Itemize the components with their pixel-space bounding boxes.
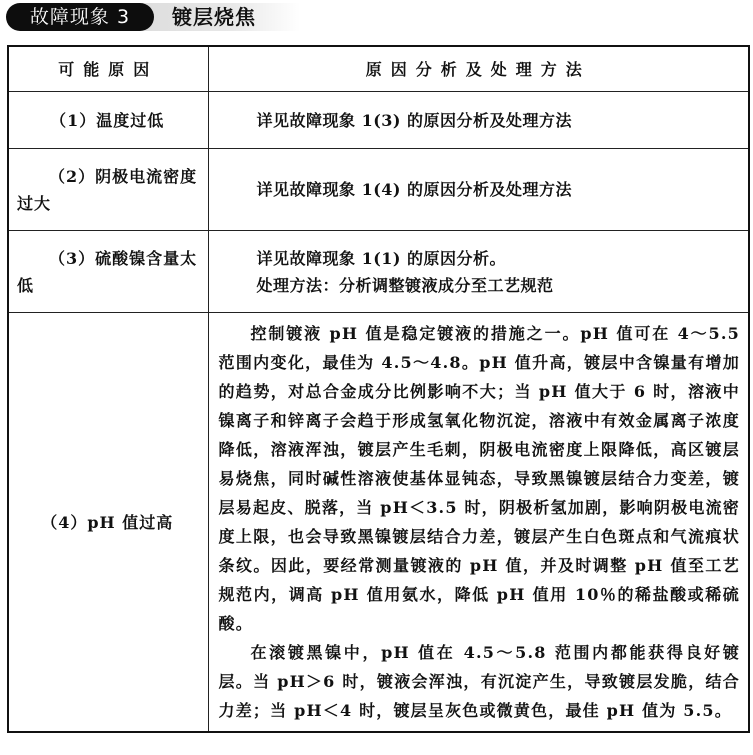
analysis-cell: 详见故障现象 1(1) 的原因分析。 处理方法：分析调整镀液成分至工艺规范 xyxy=(208,231,749,313)
fault-title: 镀层烧焦 xyxy=(172,3,256,31)
analysis-paragraph: 在滚镀黑镍中，pH 值在 4.5～5.8 范围内都能获得良好镀层。当 pH＞6 … xyxy=(219,638,741,725)
fault-analysis-table: 可能原因 原因分析及处理方法 （1）温度过低 详见故障现象 1(3) 的原因分析… xyxy=(7,45,750,733)
table-row: （2）阴极电流密度过大 详见故障现象 1(4) 的原因分析及处理方法 xyxy=(8,149,749,231)
analysis-cell: 详见故障现象 1(4) 的原因分析及处理方法 xyxy=(208,149,749,231)
column-header-cause: 可能原因 xyxy=(8,46,208,92)
analysis-paragraph: 控制镀液 pH 值是稳定镀液的措施之一。pH 值可在 4～5.5 范围内变化，最… xyxy=(219,319,741,638)
cause-cell: （3）硫酸镍含量太低 xyxy=(8,231,208,313)
fault-number-badge: 故障现象 3 xyxy=(6,3,154,31)
analysis-cell: 控制镀液 pH 值是稳定镀液的措施之一。pH 值可在 4～5.5 范围内变化，最… xyxy=(208,313,749,733)
cause-cell: （1）温度过低 xyxy=(8,92,208,149)
analysis-text: 详见故障现象 1(1) 的原因分析。 xyxy=(219,245,741,272)
table-row: （3）硫酸镍含量太低 详见故障现象 1(1) 的原因分析。 处理方法：分析调整镀… xyxy=(8,231,749,313)
treatment-method-label: 处理方法： xyxy=(257,276,340,295)
section-header: 故障现象 3 镀层烧焦 xyxy=(0,0,753,34)
table-row: （4）pH 值过高 控制镀液 pH 值是稳定镀液的措施之一。pH 值可在 4～5… xyxy=(8,313,749,733)
analysis-cell: 详见故障现象 1(3) 的原因分析及处理方法 xyxy=(208,92,749,149)
analysis-text: 详见故障现象 1(4) 的原因分析及处理方法 xyxy=(219,176,741,203)
cause-cell: （4）pH 值过高 xyxy=(8,313,208,733)
table-header-row: 可能原因 原因分析及处理方法 xyxy=(8,46,749,92)
treatment-method: 处理方法：分析调整镀液成分至工艺规范 xyxy=(219,272,741,299)
cause-cell: （2）阴极电流密度过大 xyxy=(8,149,208,231)
column-header-analysis: 原因分析及处理方法 xyxy=(208,46,749,92)
treatment-method-text: 分析调整镀液成分至工艺规范 xyxy=(339,276,554,295)
table-row: （1）温度过低 详见故障现象 1(3) 的原因分析及处理方法 xyxy=(8,92,749,149)
analysis-text: 详见故障现象 1(3) 的原因分析及处理方法 xyxy=(219,107,741,134)
